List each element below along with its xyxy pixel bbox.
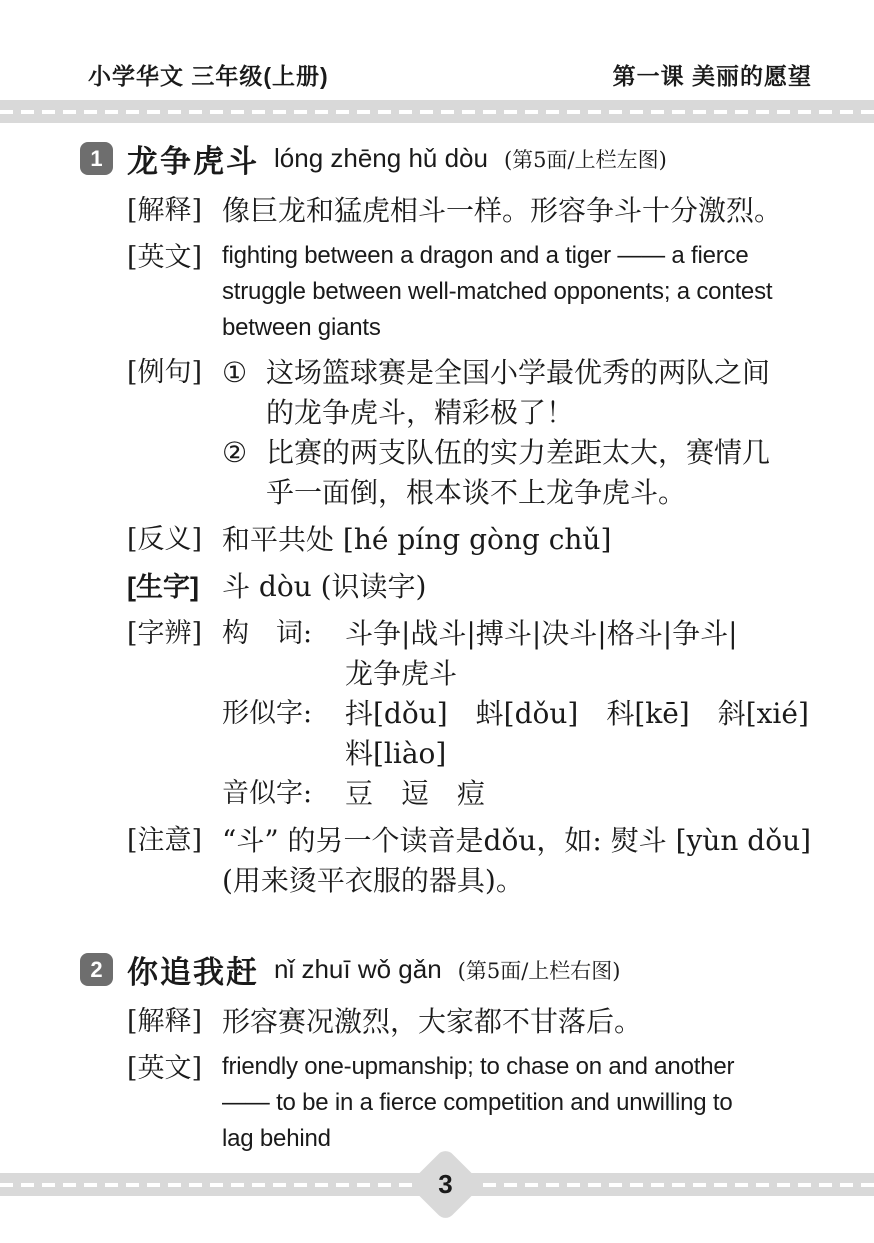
character-discrimination-body: 构 词: 斗争|战斗|搏斗|决斗|格斗|争斗|龙争虎斗 形似字: 抖[dǒu] … <box>222 614 822 814</box>
definition-label: [解释] <box>127 1002 222 1042</box>
page-number-diamond: 3 <box>408 1147 483 1222</box>
entry-2-number-badge: 2 <box>80 953 113 986</box>
subrow-similar-sound: 音似字: 豆 逗 痘 <box>222 774 822 814</box>
textbook-page: 小学华文 三年级(上册) 第一课 美丽的愿望 1 龙争虎斗 lóng zhēng… <box>0 0 874 1243</box>
example-2: ② 比赛的两支队伍的实力差距太大，赛情几乎一面倒，根本谈不上龙争虎斗。 <box>222 433 822 513</box>
entry-1-ref-note: (第5面/上栏左图) <box>504 144 667 174</box>
entry-1-term: 龙争虎斗 <box>127 136 259 181</box>
examples-label: [例句] <box>127 353 222 513</box>
entry-1-section-english: [英文] fighting between a dragon and a tig… <box>127 238 822 346</box>
character-discrimination-label: [字辨] <box>127 614 222 814</box>
similar-sound-text: 豆 逗 痘 <box>345 774 822 814</box>
example-2-marker: ② <box>222 433 266 513</box>
entry-1: 1 龙争虎斗 lóng zhēng hǔ dòu (第5面/上栏左图) [解释]… <box>80 136 822 901</box>
antonym-text: 和平共处 [hé píng gòng chǔ] <box>222 520 822 560</box>
example-1-marker: ① <box>222 353 266 433</box>
entry-2: 2 你追我赶 nǐ zhuī wǒ gǎn (第5面/上栏右图) [解释] 形容… <box>80 947 822 1157</box>
entry-1-section-character-discrimination: [字辨] 构 词: 斗争|战斗|搏斗|决斗|格斗|争斗|龙争虎斗 形似字: 抖[… <box>127 614 822 814</box>
similar-form-label: 形似字: <box>222 694 345 774</box>
note-text: “斗” 的另一个读音是dǒu，如: 熨斗 [yùn dǒu](用来烫平衣服的器具… <box>222 821 822 901</box>
english-text: fighting between a dragon and a tiger ——… <box>222 238 822 346</box>
word-formation-label: 构 词: <box>222 614 345 694</box>
entry-1-title: 1 龙争虎斗 lóng zhēng hǔ dòu (第5面/上栏左图) <box>80 136 822 181</box>
entry-2-term: 你追我赶 <box>127 947 259 992</box>
entry-1-number-badge: 1 <box>80 142 113 175</box>
similar-form-text: 抖[dǒu] 蚪[dǒu] 科[kē] 斜[xié]料[liào] <box>345 694 822 774</box>
entry-1-section-note: [注意] “斗” 的另一个读音是dǒu，如: 熨斗 [yùn dǒu](用来烫平… <box>127 821 822 901</box>
example-1: ① 这场篮球赛是全国小学最优秀的两队之间的龙争虎斗，精彩极了！ <box>222 353 822 433</box>
header-book-title: 小学华文 三年级(上册) <box>88 58 329 91</box>
antonym-label: [反义] <box>127 520 222 560</box>
new-character-text: 斗 dòu (识读字) <box>222 567 822 607</box>
entry-2-title: 2 你追我赶 nǐ zhuī wǒ gǎn (第5面/上栏右图) <box>80 947 822 992</box>
header-dashed-line <box>0 110 874 114</box>
page-content: 1 龙争虎斗 lóng zhēng hǔ dòu (第5面/上栏左图) [解释]… <box>80 136 822 1164</box>
english-label: [英文] <box>127 1049 222 1157</box>
example-2-text: 比赛的两支队伍的实力差距太大，赛情几乎一面倒，根本谈不上龙争虎斗。 <box>266 433 822 513</box>
header-lesson-title: 第一课 美丽的愿望 <box>613 58 812 91</box>
definition-text: 形容赛况激烈，大家都不甘落后。 <box>222 1002 822 1042</box>
similar-sound-label: 音似字: <box>222 774 345 814</box>
entry-2-section-english: [英文] friendly one-upmanship; to chase on… <box>127 1049 822 1157</box>
page-header: 小学华文 三年级(上册) 第一课 美丽的愿望 <box>88 58 812 91</box>
english-text: friendly one-upmanship; to chase on and … <box>222 1049 822 1157</box>
definition-text: 像巨龙和猛虎相斗一样。形容争斗十分激烈。 <box>222 191 822 231</box>
examples-body: ① 这场篮球赛是全国小学最优秀的两队之间的龙争虎斗，精彩极了！ ② 比赛的两支队… <box>222 353 822 513</box>
subrow-similar-form: 形似字: 抖[dǒu] 蚪[dǒu] 科[kē] 斜[xié]料[liào] <box>222 694 822 774</box>
word-formation-text: 斗争|战斗|搏斗|决斗|格斗|争斗|龙争虎斗 <box>345 614 822 694</box>
entry-1-section-examples: [例句] ① 这场篮球赛是全国小学最优秀的两队之间的龙争虎斗，精彩极了！ ② 比… <box>127 353 822 513</box>
entry-1-section-antonym: [反义] 和平共处 [hé píng gòng chǔ] <box>127 520 822 560</box>
entry-1-section-definition: [解释] 像巨龙和猛虎相斗一样。形容争斗十分激烈。 <box>127 191 822 231</box>
note-label: [注意] <box>127 821 222 901</box>
definition-label: [解释] <box>127 191 222 231</box>
entry-2-section-definition: [解释] 形容赛况激烈，大家都不甘落后。 <box>127 1002 822 1042</box>
page-number: 3 <box>419 1158 472 1211</box>
subrow-word-formation: 构 词: 斗争|战斗|搏斗|决斗|格斗|争斗|龙争虎斗 <box>222 614 822 694</box>
new-character-label: [生字] <box>127 567 222 607</box>
entry-2-pinyin: nǐ zhuī wǒ gǎn <box>274 954 442 985</box>
entry-2-ref-note: (第5面/上栏右图) <box>458 955 621 985</box>
header-divider-band <box>0 100 874 123</box>
english-label: [英文] <box>127 238 222 346</box>
entry-1-section-new-character: [生字] 斗 dòu (识读字) <box>127 567 822 607</box>
example-1-text: 这场篮球赛是全国小学最优秀的两队之间的龙争虎斗，精彩极了！ <box>266 353 822 433</box>
entry-1-pinyin: lóng zhēng hǔ dòu <box>274 143 488 174</box>
